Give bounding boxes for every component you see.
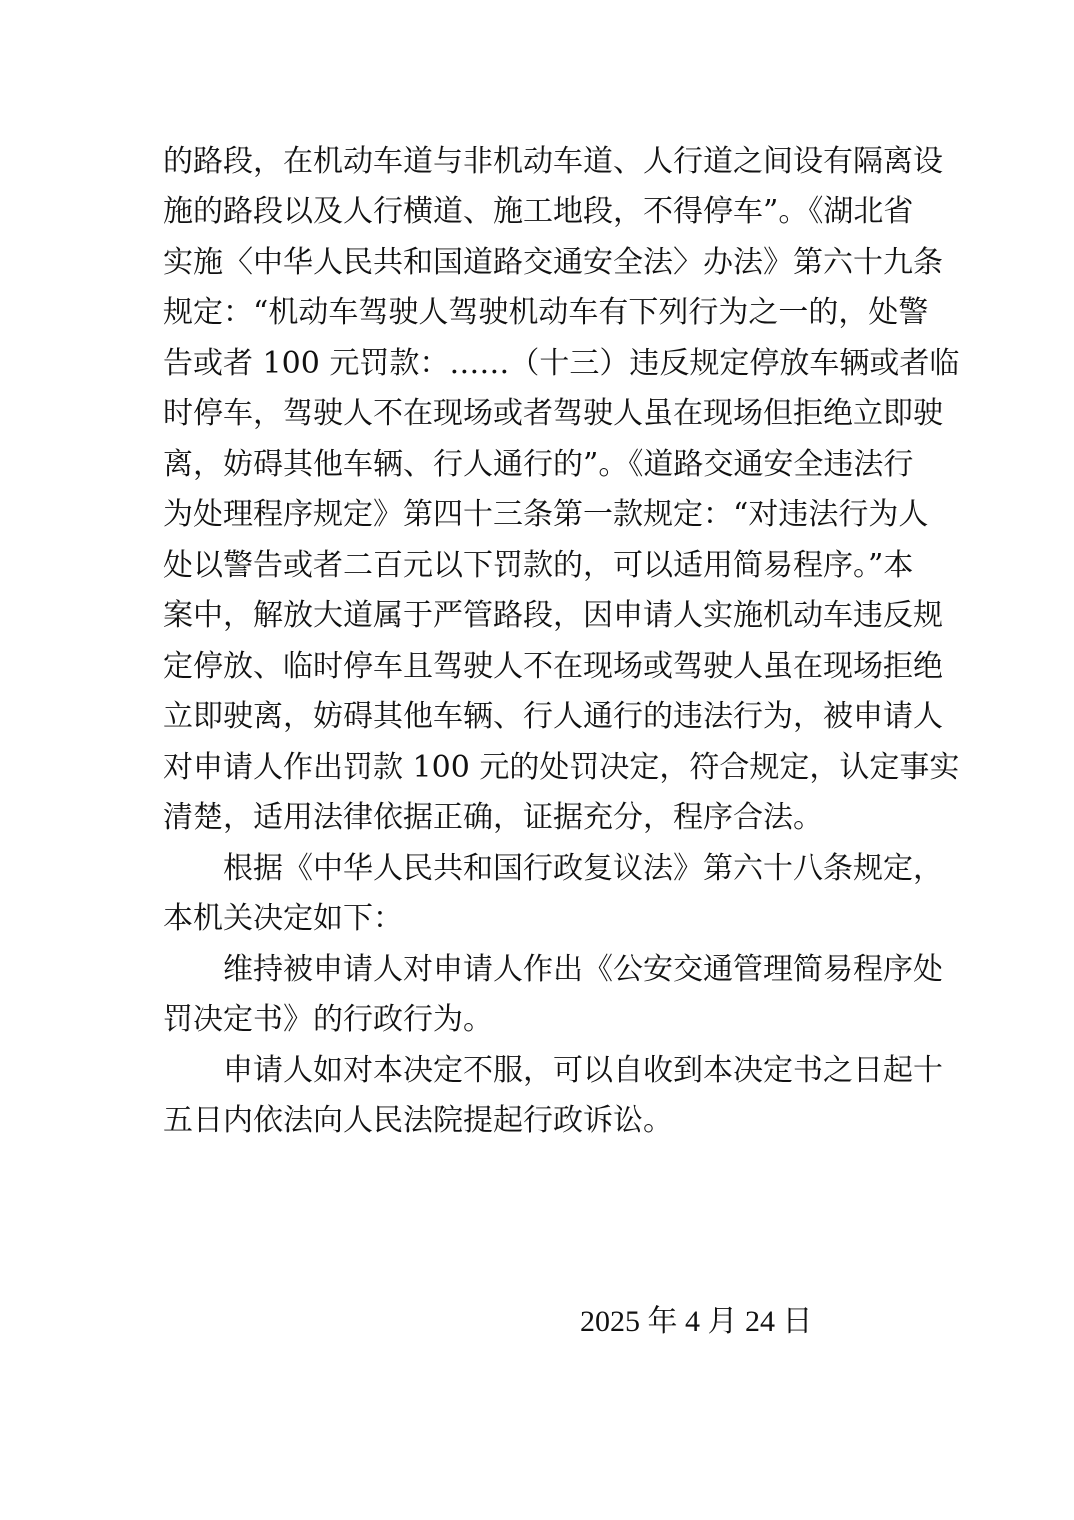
- text-line: 清楚，适用法律依据正确，证据充分，程序合法。: [163, 798, 911, 838]
- text-line: 为处理程序规定》第四十三条第一款规定：“对违法行为人: [163, 495, 911, 535]
- text-line: 立即驶离，妨碍其他车辆、行人通行的违法行为，被申请人: [163, 697, 911, 737]
- text-line: 告或者 100 元罚款：……（十三）违反规定停放车辆或者临: [163, 344, 911, 384]
- text-line: 规定：“机动车驾驶人驾驶机动车有下列行为之一的，处警: [163, 293, 911, 333]
- text-line: 申请人如对本决定不服，可以自收到本决定书之日起十: [223, 1051, 911, 1091]
- text-line: 的路段，在机动车道与非机动车道、人行道之间设有隔离设: [163, 142, 911, 182]
- text-line: 本机关决定如下：: [163, 899, 911, 939]
- text-line: 离，妨碍其他车辆、行人通行的”。《道路交通安全违法行: [163, 445, 911, 485]
- text-line: 实施〈中华人民共和国道路交通安全法〉办法》第六十九条: [163, 243, 911, 283]
- text-line: 时停车，驾驶人不在现场或者驾驶人虽在现场但拒绝立即驶: [163, 394, 911, 434]
- text-line: 维持被申请人对申请人作出《公安交通管理简易程序处: [223, 950, 911, 990]
- text-line: 对申请人作出罚款 100 元的处罚决定，符合规定，认定事实: [163, 748, 911, 788]
- text-line: 施的路段以及人行横道、施工地段，不得停车”。《湖北省: [163, 192, 911, 232]
- text-line: 案中，解放大道属于严管路段，因申请人实施机动车违反规: [163, 596, 911, 636]
- text-line: 罚决定书》的行政行为。: [163, 1000, 911, 1040]
- text-line: 处以警告或者二百元以下罚款的，可以适用简易程序。”本: [163, 546, 911, 586]
- document-date: 2025 年 4 月 24 日: [580, 1302, 813, 1342]
- text-line: 根据《中华人民共和国行政复议法》第六十八条规定，: [223, 849, 911, 889]
- text-line: 五日内依法向人民法院提起行政诉讼。: [163, 1101, 911, 1141]
- text-line: 定停放、临时停车且驾驶人不在现场或驾驶人虽在现场拒绝: [163, 647, 911, 687]
- document-page: 的路段，在机动车道与非机动车道、人行道之间设有隔离设 施的路段以及人行横道、施工…: [0, 0, 1074, 1520]
